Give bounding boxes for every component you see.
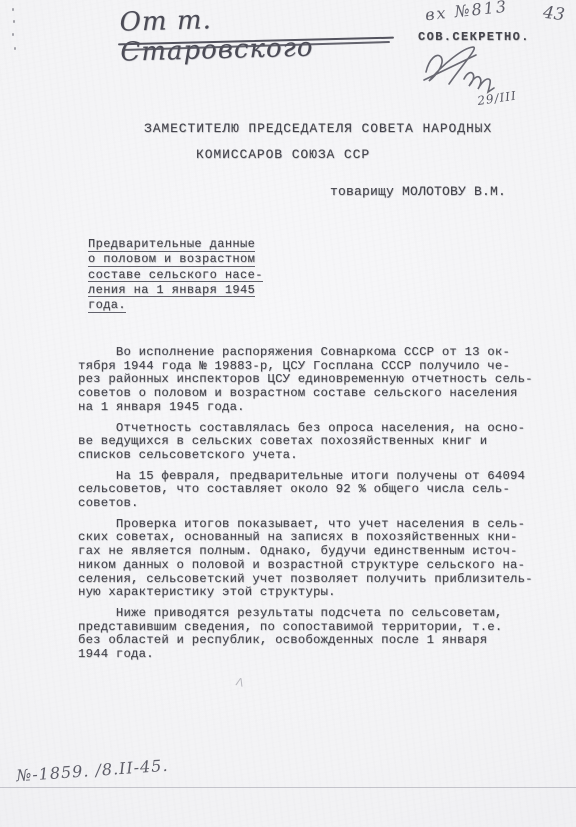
subject-line: ления на 1 января 1945: [88, 284, 255, 298]
margin-speck: [14, 47, 16, 50]
margin-speck: [12, 8, 14, 11]
addressee-recipient: товарищу МОЛОТОВУ В.М.: [330, 184, 506, 199]
resolution-date: 29/III: [475, 89, 517, 109]
paragraph: Отчетность составлялась без опроса насел…: [78, 422, 548, 463]
signature-stroke: [426, 47, 474, 84]
margin-speck: [13, 20, 15, 23]
subject-line: о половом и возрастном: [88, 253, 255, 267]
addressee-line-1: ЗАМЕСТИТЕЛЮ ПРЕДСЕДАТЕЛЯ СОВЕТА НАРОДНЫХ: [144, 121, 492, 136]
scan-fold-line: [0, 787, 576, 788]
scanned-document-page: От т. Старовского вх №813 43 СОВ.СЕКРЕТН…: [0, 0, 576, 827]
incoming-number-note: вх №813: [424, 0, 509, 24]
handwritten-signature: 29/III: [416, 42, 536, 114]
subject-block: Предварительные данные о половом и возра…: [88, 238, 263, 314]
handwritten-from-text: От т. Старовского: [119, 0, 400, 67]
addressee-line-2: КОМИССАРОВ СОЮЗА ССР: [196, 147, 370, 162]
body-text: Во исполнение распоряжения Совнаркома СС…: [78, 346, 548, 669]
subject-line: составе сельского насе-: [88, 269, 263, 283]
paragraph: Во исполнение распоряжения Совнаркома СС…: [78, 346, 548, 415]
subject-line: года.: [88, 299, 126, 313]
paragraph: Ниже приводятся результаты подсчета по с…: [78, 607, 548, 662]
paragraph: На 15 февраля, предварительные итоги пол…: [78, 470, 548, 511]
footer-reference-note: №-1859. /8.II-45.: [16, 756, 170, 786]
page-number: 43: [542, 3, 566, 25]
paragraph: Проверка итогов показывает, что учет нас…: [78, 518, 548, 600]
pencil-tick-mark: Λ: [235, 675, 245, 689]
signature-stroke: [464, 73, 494, 92]
handwritten-from-note: От т. Старовского: [120, 4, 400, 64]
margin-speck: [12, 33, 14, 36]
subject-line: Предварительные данные: [88, 238, 255, 252]
